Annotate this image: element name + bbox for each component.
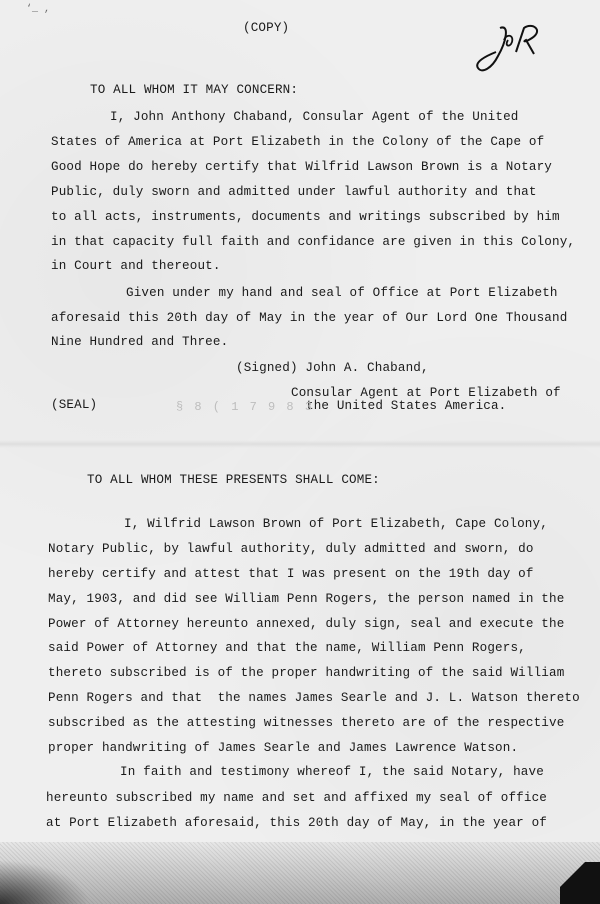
paper-fold-divider	[0, 440, 600, 448]
given-line: Given under my hand and seal of Office a…	[126, 285, 558, 301]
salutation-2: TO ALL WHOM THESE PRESENTS SHALL COME:	[87, 472, 380, 488]
seal-label: (SEAL)	[51, 397, 97, 413]
body-line: Power of Attorney hereunto annexed, duly…	[48, 616, 564, 632]
body-line: I, John Anthony Chaband, Consular Agent …	[110, 109, 519, 125]
body-line: said Power of Attorney and that the name…	[48, 640, 526, 656]
body-line: in Court and thereout.	[51, 258, 221, 274]
body-line: States of America at Port Elizabeth in t…	[51, 134, 544, 150]
salutation-1: TO ALL WHOM IT MAY CONCERN:	[90, 82, 298, 98]
faint-bleed-through: § 8 ( 1 7 9 8 3	[176, 400, 314, 414]
body-line: Good Hope do hereby certify that Wilfrid…	[51, 159, 552, 175]
testimony-line: at Port Elizabeth aforesaid, this 20th d…	[46, 815, 547, 831]
body-line: subscribed as the attesting witnesses th…	[48, 715, 564, 731]
scan-shadow-left	[0, 860, 90, 904]
body-line: hereby certify and attest that I was pre…	[48, 566, 534, 582]
copy-label: (COPY)	[243, 20, 289, 36]
given-line: Nine Hundred and Three.	[51, 334, 228, 350]
scan-shadow-right	[560, 862, 600, 904]
signer-title-line-2: the United States America.	[306, 398, 506, 414]
testimony-line: In faith and testimony whereof I, the sa…	[120, 764, 544, 780]
stray-mark: ‘_ ,	[26, 4, 50, 15]
body-line: Penn Rogers and that the names James Sea…	[48, 690, 580, 706]
body-line: to all acts, instruments, documents and …	[51, 209, 560, 225]
body-line: proper handwriting of James Searle and J…	[48, 740, 518, 756]
body-line: I, Wilfrid Lawson Brown of Port Elizabet…	[124, 516, 548, 532]
scan-smudge	[0, 842, 600, 904]
body-line: thereto subscribed is of the proper hand…	[48, 665, 564, 681]
testimony-line: hereunto subscribed my name and set and …	[46, 790, 547, 806]
body-line: Notary Public, by lawful authority, duly…	[48, 541, 534, 557]
body-line: May, 1903, and did see William Penn Roge…	[48, 591, 564, 607]
signed-line: (Signed) John A. Chaband,	[236, 360, 429, 376]
body-line: in that capacity full faith and confidan…	[51, 234, 575, 250]
handwritten-initials-icon	[470, 22, 545, 77]
given-line: aforesaid this 20th day of May in the ye…	[51, 310, 567, 326]
body-line: Public, duly sworn and admitted under la…	[51, 184, 537, 200]
document-page: ‘_ , (COPY) TO ALL WHOM IT MAY CONCERN: …	[0, 0, 600, 904]
